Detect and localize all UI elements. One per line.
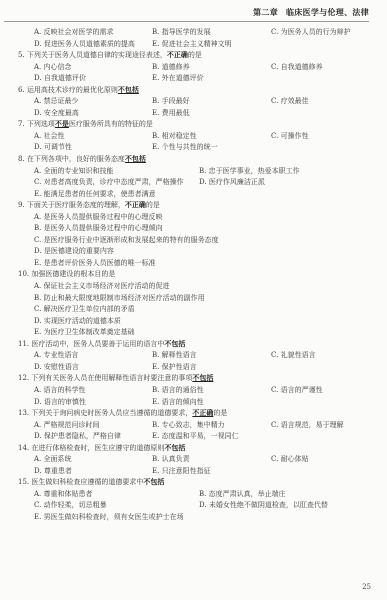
- option-b: B. 是医务人员提供服务过程中的心理倾向: [34, 223, 163, 235]
- option-row: C. 动作轻柔，切忌粗暴 D. 未婚女性绝不做阴道检查，以肛查代替: [0, 500, 387, 512]
- option-b: B. 态度严肃认真，举止端庄: [199, 489, 286, 501]
- chapter-name: 临床医学与伦理、法律: [286, 8, 369, 17]
- emphasis: 不正确: [167, 51, 188, 59]
- option-c: C. 是医疗服务行业中逐渐形成和发展起来的特有的服务态度: [34, 235, 219, 247]
- option-a: A. 语言的科学性: [34, 385, 86, 397]
- option-row: B. 是医务人员提供服务过程中的心理倾向: [0, 223, 387, 235]
- option-row: C. 是医疗服务行业中逐渐形成和发展起来的特有的服务态度: [0, 235, 387, 247]
- option-row: A. 严格规范问诊时间 B. 专心致志，集中精力 C. 语言规范，易于理解: [0, 420, 387, 432]
- option-b: B. 专心致志，集中精力: [152, 420, 225, 432]
- option-a: A. 全面系统: [34, 454, 72, 466]
- option-e: E. 保护性语言: [152, 362, 197, 374]
- emphasis: 不包括: [192, 374, 213, 382]
- option-a: A. 是医务人员提供服务过程中的心理反映: [34, 212, 163, 224]
- option-row: D. 可调节性 E. 个性与共性的统一: [0, 142, 387, 154]
- option-e: E. 个性与共性的统一: [152, 142, 218, 154]
- option-row: A. 内心信念 B. 道德修养 C. 自我道德修养: [0, 62, 387, 74]
- emphasis: 不包括: [143, 478, 164, 486]
- option-d: D. 尊重患者: [34, 466, 72, 478]
- option-row: C. 对患者高度负责，诊疗中态度严肃，严格操作 D. 医疗作风廉洁正派: [0, 177, 387, 189]
- option-row: D. 是医德建设的重要内容: [0, 246, 387, 258]
- option-b: B. 忠于医学事业，热爱本职工作: [199, 166, 300, 178]
- option-b: B. 解释性语言: [152, 350, 197, 362]
- option-e: E. 能满足患者的任何要求，使患者满意: [34, 189, 156, 201]
- option-c: C. 解决医疗卫生单位内部的矛盾: [34, 304, 135, 316]
- option-a: A. 专业性语言: [34, 350, 79, 362]
- question-stem: 5. 下列关于医务人员道德自律的实现途径表述，不正确的是: [0, 50, 387, 62]
- option-e: E. 只注意阳性指征: [152, 466, 211, 478]
- option-row: D. 语言的审慎性 E. 语言的倾向性: [0, 397, 387, 409]
- emphasis: 不包括: [118, 86, 139, 94]
- option-b: B. 指导医学的发展: [152, 27, 211, 39]
- option-a: A. 全面的专业知识和技能: [34, 166, 114, 178]
- option-a: A. 保证社会主义市场经济对医疗活动的促进: [34, 281, 170, 293]
- option-row: C. 解决医疗卫生单位内部的矛盾: [0, 304, 387, 316]
- option-row: D. 安全度最高 E. 费用最低: [0, 108, 387, 120]
- option-row: E. 男医生做妇科检查时，须有女医生或护士在场: [0, 512, 387, 524]
- option-b: B. 语言的通俗性: [152, 385, 204, 397]
- option-row: A. 反映社会对医学的需求 B. 指导医学的发展 C. 为医务人员的行为辩护: [0, 27, 387, 39]
- option-c: C. 为医务人员的行为辩护: [271, 27, 351, 39]
- option-d: D. 自我道德评价: [34, 73, 86, 85]
- option-row: D. 自我道德评价 E. 外在道德评价: [0, 73, 387, 85]
- option-c: C. 动作轻柔，切忌粗暴: [34, 500, 107, 512]
- question-stem: 7. 下列选项不是医疗服务所具有的特征的是: [0, 119, 387, 131]
- option-a: A. 社会性: [34, 131, 65, 143]
- option-row: A. 语言的科学性 B. 语言的通俗性 C. 语言的严谨性: [0, 385, 387, 397]
- emphasis: 不是: [55, 120, 69, 128]
- chapter-title: 第二章临床医学与伦理、法律: [253, 7, 369, 18]
- question-stem: 10. 加强医德建设的根本目的是: [0, 269, 387, 281]
- option-row: A. 全面系统 B. 认真负责 C. 耐心体贴: [0, 454, 387, 466]
- option-row: A. 是医务人员提供服务过程中的心理反映: [0, 212, 387, 224]
- option-c: C. 语言的严谨性: [271, 385, 323, 397]
- option-row: A. 保证社会主义市场经济对医疗活动的促进: [0, 281, 387, 293]
- option-d: D. 是医德建设的重要内容: [34, 246, 114, 258]
- option-c: C. 对患者高度负责，诊疗中态度严肃，严格操作: [34, 177, 184, 189]
- option-row: A. 尊重和体贴患者 B. 态度严肃认真，举止端庄: [0, 489, 387, 501]
- question-list: A. 反映社会对医学的需求 B. 指导医学的发展 C. 为医务人员的行为辩护 D…: [0, 27, 387, 524]
- option-a: A. 反映社会对医学的需求: [34, 27, 114, 39]
- chapter-label: 第二章: [253, 8, 278, 17]
- option-row: D. 安慰性语言 E. 保护性语言: [0, 362, 387, 374]
- option-e: E. 语言的倾向性: [152, 397, 204, 409]
- option-d: D. 未婚女性绝不做阴道检查，以肛查代替: [199, 500, 328, 512]
- option-e: E. 促进社会主义精神文明: [152, 39, 232, 51]
- header-divider: [4, 21, 369, 22]
- option-b: B. 相对稳定性: [152, 131, 197, 143]
- option-a: A. 尊重和体贴患者: [34, 489, 93, 501]
- option-d: D. 保护患者隐私，严格自律: [34, 431, 121, 443]
- option-row: D. 实现医疗活动的道德本质: [0, 316, 387, 328]
- emphasis: 不正确: [192, 409, 213, 417]
- option-c: C. 耐心体贴: [271, 454, 309, 466]
- option-c: C. 疗效最佳: [271, 96, 309, 108]
- question-stem: 14. 在进行体格检查时，医生应遵守的道德原则不包括: [0, 443, 387, 455]
- emphasis: 不正确: [125, 201, 146, 209]
- option-d: D. 语言的审慎性: [34, 397, 86, 409]
- option-b: B. 防止和最大限度地限制市场经济对医疗活动的副作用: [34, 293, 205, 305]
- option-e: E. 态度温和平易，一视同仁: [152, 431, 239, 443]
- option-c: C. 自我道德修养: [271, 62, 323, 74]
- option-row: B. 防止和最大限度地限制市场经济对医疗活动的副作用: [0, 293, 387, 305]
- option-e: E. 为医疗卫生体制改革奠定基础: [34, 327, 135, 339]
- option-row: A. 社会性 B. 相对稳定性 C. 可操作性: [0, 131, 387, 143]
- emphasis: 不包括: [164, 340, 185, 348]
- option-row: A. 专业性语言 B. 解释性语言 C. 礼貌性语言: [0, 350, 387, 362]
- option-row: E. 能满足患者的任何要求，使患者满意: [0, 189, 387, 201]
- option-c: C. 礼貌性语言: [271, 350, 316, 362]
- option-row: D. 促进医务人员道德素质的提高 E. 促进社会主义精神文明: [0, 39, 387, 51]
- option-a: A. 禁忌证最少: [34, 96, 79, 108]
- emphasis: 不包括: [125, 155, 146, 163]
- question-stem: 6. 运用高技术诊疗的最优化原则不包括: [0, 85, 387, 97]
- option-e: E. 外在道德评价: [152, 73, 204, 85]
- option-c: C. 可操作性: [271, 131, 309, 143]
- question-stem: 13. 下列关于询问病史时医务人员应当遵循的道德要求，不正确的是: [0, 408, 387, 420]
- option-d: D. 可调节性: [34, 142, 72, 154]
- option-row: E. 是患者评价医务人员医德的唯一标准: [0, 258, 387, 270]
- option-e: E. 男医生做妇科检查时，须有女医生或护士在场: [34, 512, 184, 524]
- option-d: D. 促进医务人员道德素质的提高: [34, 39, 135, 51]
- page-header: 第二章临床医学与伦理、法律: [0, 0, 387, 22]
- option-a: A. 严格规范问诊时间: [34, 420, 100, 432]
- option-row: D. 保护患者隐私，严格自律 E. 态度温和平易，一视同仁: [0, 431, 387, 443]
- option-e: E. 费用最低: [152, 108, 190, 120]
- page-number: 25: [362, 583, 371, 591]
- question-stem: 12. 下列有关医务人员在使用解释性语言时要注意的事项不包括: [0, 373, 387, 385]
- option-d: D. 安慰性语言: [34, 362, 79, 374]
- option-row: D. 尊重患者 E. 只注意阳性指征: [0, 466, 387, 478]
- option-row: E. 为医疗卫生体制改革奠定基础: [0, 327, 387, 339]
- emphasis: 不包括: [164, 444, 185, 452]
- option-b: B. 手段最好: [152, 96, 190, 108]
- question-stem: 9. 下面关于医疗服务态度的理解，不正确的是: [0, 200, 387, 212]
- question-stem: 8. 在下列各项中，良好的服务态度不包括: [0, 154, 387, 166]
- option-b: B. 道德修养: [152, 62, 190, 74]
- option-row: A. 全面的专业知识和技能 B. 忠于医学事业，热爱本职工作: [0, 166, 387, 178]
- question-stem: 15. 医生做妇科检查应遵循的道德要求中不包括: [0, 477, 387, 489]
- option-c: C. 语言规范，易于理解: [271, 420, 344, 432]
- option-row: A. 禁忌证最少 B. 手段最好 C. 疗效最佳: [0, 96, 387, 108]
- option-d: D. 实现医疗活动的道德本质: [34, 316, 121, 328]
- question-stem: 11. 医疗活动中，医务人员要善于运用的语言中不包括: [0, 339, 387, 351]
- option-e: E. 是患者评价医务人员医德的唯一标准: [34, 258, 156, 270]
- option-d: D. 安全度最高: [34, 108, 79, 120]
- option-a: A. 内心信念: [34, 62, 72, 74]
- option-b: B. 认真负责: [152, 454, 190, 466]
- option-d: D. 医疗作风廉洁正派: [199, 177, 265, 189]
